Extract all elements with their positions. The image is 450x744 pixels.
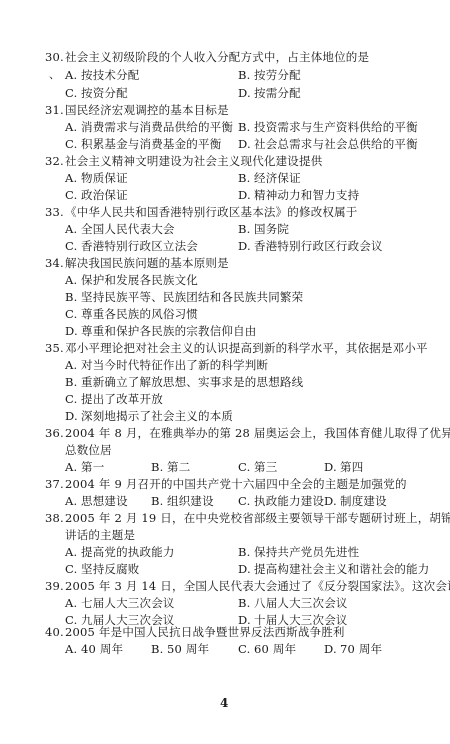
option-32-b: B.经济保证 <box>238 171 301 185</box>
question-number: 34. <box>45 256 65 270</box>
option-30-d: D.按需分配 <box>238 86 301 100</box>
text: 七届人大三次会议 <box>81 596 175 610</box>
text: 2004 年 8 月，在雅典举办的第 28 届奥运会上，我国体育健儿取得了优异成… <box>65 426 450 440</box>
option-label: C. <box>238 494 254 508</box>
text: 解决我国民族问题的基本原则是 <box>65 256 229 270</box>
option-label: D. <box>324 642 340 656</box>
option-label: A. <box>65 596 81 610</box>
option-36-c: C.第三 <box>238 460 277 474</box>
option-label: D. <box>65 409 81 423</box>
option-40-d: D.70 周年 <box>324 642 382 656</box>
question-36-cont: 总数位居 <box>65 443 112 457</box>
question-32: 32.社会主义精神文明建设为社会主义现代化建设提供 <box>45 154 322 168</box>
text: 2004 年 9 月召开的中国共产党十六届四中全会的主题是加强党的 <box>65 477 407 491</box>
option-37-b: B.组织建设 <box>151 494 214 508</box>
question-31: 31.国民经济宏观调控的基本目标是 <box>45 103 229 117</box>
text: 按劳分配 <box>254 68 301 82</box>
option-label: B. <box>238 222 254 236</box>
question-number: 40. <box>45 625 65 639</box>
option-label: B. <box>151 642 167 656</box>
option-38-d: D.提高构建社会主义和谐社会的能力 <box>238 562 430 576</box>
text: 提出了改革开放 <box>81 392 163 406</box>
option-36-d: D.第四 <box>324 460 363 474</box>
option-label: D. <box>238 137 254 151</box>
option-label: D. <box>238 239 254 253</box>
option-31-c: C.积累基金与消费基金的平衡 <box>65 137 221 151</box>
option-39-a: A.七届人大三次会议 <box>65 596 175 610</box>
option-31-d: D.社会总需求与社会总供给的平衡 <box>238 137 418 151</box>
option-38-c: C.坚持反腐败 <box>65 562 140 576</box>
option-label: C. <box>65 392 81 406</box>
text: 经济保证 <box>254 171 301 185</box>
question-40: 40.2005 年是中国人民抗日战争暨世界反法西斯战争胜利 <box>45 625 345 639</box>
text: 社会总需求与社会总供给的平衡 <box>254 137 418 151</box>
option-label: C. <box>238 460 254 474</box>
option-label: A. <box>65 68 81 82</box>
question-33: 33.《中华人民共和国香港特别行政区基本法》的修改权属于 <box>45 205 358 219</box>
option-34-b: B.坚持民族平等、民族团结和各民族共同繁荣 <box>65 290 303 304</box>
text: 坚持民族平等、民族团结和各民族共同繁荣 <box>81 290 303 304</box>
text: 八届人大三次会议 <box>254 596 348 610</box>
option-label: C. <box>65 188 81 202</box>
option-label: C. <box>238 642 254 656</box>
text: 提高构建社会主义和谐社会的能力 <box>254 562 430 576</box>
text: 2005 年是中国人民抗日战争暨世界反法西斯战争胜利 <box>65 625 345 639</box>
option-label: B. <box>238 545 254 559</box>
text: 第二 <box>167 460 190 474</box>
option-label: A. <box>65 494 81 508</box>
question-number: 36. <box>45 426 65 440</box>
text: 国民经济宏观调控的基本目标是 <box>65 103 229 117</box>
text: 消费需求与消费品供给的平衡 <box>81 120 233 134</box>
text: 按技术分配 <box>81 68 140 82</box>
option-label: B. <box>151 494 167 508</box>
text: 组织建设 <box>167 494 214 508</box>
text: 坚持反腐败 <box>81 562 140 576</box>
option-40-b: B.50 周年 <box>151 642 209 656</box>
option-label: B. <box>238 120 254 134</box>
question-number: 30. <box>45 50 65 64</box>
option-33-b: B.国务院 <box>238 222 289 236</box>
text: 第一 <box>81 460 104 474</box>
option-label: B. <box>238 596 254 610</box>
text: 50 周年 <box>167 642 209 656</box>
option-label: D. <box>324 494 340 508</box>
text: 《中华人民共和国香港特别行政区基本法》的修改权属于 <box>65 205 358 219</box>
text: 提高党的执政能力 <box>81 545 175 559</box>
option-label: A. <box>65 642 81 656</box>
option-37-c: C.执政能力建设 <box>238 494 324 508</box>
text: 投资需求与生产资料供给的平衡 <box>254 120 418 134</box>
question-37: 37.2004 年 9 月召开的中国共产党十六届四中全会的主题是加强党的 <box>45 477 407 491</box>
option-label: D. <box>65 324 81 338</box>
option-label: B. <box>151 460 167 474</box>
option-32-d: D.精神动力和智力支持 <box>238 188 359 202</box>
text: 保持共产党员先进性 <box>254 545 359 559</box>
text: 社会主义精神文明建设为社会主义现代化建设提供 <box>65 154 322 168</box>
question-number: 31. <box>45 103 65 117</box>
question-number: 32. <box>45 154 65 168</box>
text: 深刻地揭示了社会主义的本质 <box>81 409 233 423</box>
option-label: D. <box>238 86 254 100</box>
text: 按需分配 <box>254 86 301 100</box>
text: 积累基金与消费基金的平衡 <box>81 137 221 151</box>
question-number: 33. <box>45 205 65 219</box>
option-label: C. <box>65 562 81 576</box>
option-label: D. <box>238 188 254 202</box>
text: 尊重各民族的风俗习惯 <box>81 307 198 321</box>
text: 70 周年 <box>340 642 382 656</box>
exam-page: 、 30.社会主义初级阶段的个人收入分配方式中，占主体地位的是 A.按技术分配 … <box>0 0 450 744</box>
text: 讲话的主题是 <box>65 528 135 542</box>
option-36-b: B.第二 <box>151 460 190 474</box>
option-33-d: D.香港特别行政区行政会议 <box>238 239 383 253</box>
option-35-c: C.提出了改革开放 <box>65 392 163 406</box>
option-label: B. <box>238 171 254 185</box>
question-number: 38. <box>45 511 65 525</box>
option-38-a: A.提高党的执政能力 <box>65 545 175 559</box>
question-34: 34.解决我国民族问题的基本原则是 <box>45 256 229 270</box>
option-label: D. <box>238 562 254 576</box>
option-31-b: B.投资需求与生产资料供给的平衡 <box>238 120 418 134</box>
option-37-a: A.思想建设 <box>65 494 128 508</box>
text: 精神动力和智力支持 <box>254 188 359 202</box>
option-label: B. <box>65 290 81 304</box>
option-31-a: A.消费需求与消费品供给的平衡 <box>65 120 233 134</box>
text: 40 周年 <box>81 642 123 656</box>
option-label: D. <box>324 460 340 474</box>
text: 保护和发展各民族文化 <box>81 273 198 287</box>
option-label: A. <box>65 273 81 287</box>
option-30-c: C.按资分配 <box>65 86 128 100</box>
text: 执政能力建设 <box>254 494 324 508</box>
text: 总数位居 <box>65 443 112 457</box>
stray-mark: 、 <box>49 66 60 82</box>
question-38: 38.2005 年 2 月 19 日，在中央党校省部级主要领导干部专题研讨班上，… <box>45 511 450 525</box>
option-36-a: A.第一 <box>65 460 104 474</box>
option-34-a: A.保护和发展各民族文化 <box>65 273 198 287</box>
question-number: 37. <box>45 477 65 491</box>
text: 尊重和保护各民族的宗教信仰自由 <box>81 324 257 338</box>
option-30-a: A.按技术分配 <box>65 68 140 82</box>
question-number: 35. <box>45 341 65 355</box>
question-38-cont: 讲话的主题是 <box>65 528 135 542</box>
text: 重新确立了解放思想、实事求是的思想路线 <box>81 375 303 389</box>
text: 全国人民代表大会 <box>81 222 175 236</box>
option-34-d: D.尊重和保护各民族的宗教信仰自由 <box>65 324 257 338</box>
option-label: A. <box>65 171 81 185</box>
option-label: A. <box>65 460 81 474</box>
option-label: C. <box>65 307 81 321</box>
text: 60 周年 <box>254 642 296 656</box>
text: 2005 年 3 月 14 日，全国人民代表大会通过了《反分裂国家法》。这次会议… <box>65 579 450 593</box>
option-40-a: A.40 周年 <box>65 642 123 656</box>
text: 政治保证 <box>81 188 128 202</box>
question-36: 36.2004 年 8 月，在雅典举办的第 28 届奥运会上，我国体育健儿取得了… <box>45 426 450 440</box>
text: 制度建设 <box>340 494 387 508</box>
option-label: A. <box>65 222 81 236</box>
text: 物质保证 <box>81 171 128 185</box>
option-32-c: C.政治保证 <box>65 188 128 202</box>
question-35: 35.邓小平理论把对社会主义的认识提高到新的科学水平，其依据是邓小平 <box>45 341 428 355</box>
text: 思想建设 <box>81 494 128 508</box>
option-label: B. <box>65 375 81 389</box>
option-32-a: A.物质保证 <box>65 171 128 185</box>
option-label: C. <box>65 137 81 151</box>
option-35-d: D.深刻地揭示了社会主义的本质 <box>65 409 233 423</box>
option-33-c: C.香港特别行政区立法会 <box>65 239 198 253</box>
option-33-a: A.全国人民代表大会 <box>65 222 175 236</box>
text: 按资分配 <box>81 86 128 100</box>
option-37-d: D.制度建设 <box>324 494 387 508</box>
text: 对当今时代特征作出了新的科学判断 <box>81 358 268 372</box>
question-39: 39.2005 年 3 月 14 日，全国人民代表大会通过了《反分裂国家法》。这… <box>45 579 450 593</box>
option-label: A. <box>65 358 81 372</box>
option-label: A. <box>65 120 81 134</box>
text: 2005 年 2 月 19 日，在中央党校省部级主要领导干部专题研讨班上，胡锦涛… <box>65 511 450 525</box>
option-label: B. <box>238 68 254 82</box>
text: 第三 <box>254 460 277 474</box>
question-text: 社会主义初级阶段的个人收入分配方式中，占主体地位的是 <box>65 50 369 64</box>
text: 邓小平理论把对社会主义的认识提高到新的科学水平，其依据是邓小平 <box>65 341 428 355</box>
option-label: A. <box>65 545 81 559</box>
page-number: 4 <box>220 696 228 710</box>
text: 香港特别行政区立法会 <box>81 239 198 253</box>
option-39-b: B.八届人大三次会议 <box>238 596 348 610</box>
option-label: C. <box>65 239 81 253</box>
question-30: 30.社会主义初级阶段的个人收入分配方式中，占主体地位的是 <box>45 50 369 64</box>
question-number: 39. <box>45 579 65 593</box>
option-34-c: C.尊重各民族的风俗习惯 <box>65 307 198 321</box>
text: 国务院 <box>254 222 289 236</box>
option-30-b: B.按劳分配 <box>238 68 301 82</box>
option-label: C. <box>65 86 81 100</box>
option-38-b: B.保持共产党员先进性 <box>238 545 359 559</box>
option-35-b: B.重新确立了解放思想、实事求是的思想路线 <box>65 375 303 389</box>
text: 香港特别行政区行政会议 <box>254 239 383 253</box>
option-35-a: A.对当今时代特征作出了新的科学判断 <box>65 358 268 372</box>
option-40-c: C.60 周年 <box>238 642 296 656</box>
text: 第四 <box>340 460 363 474</box>
